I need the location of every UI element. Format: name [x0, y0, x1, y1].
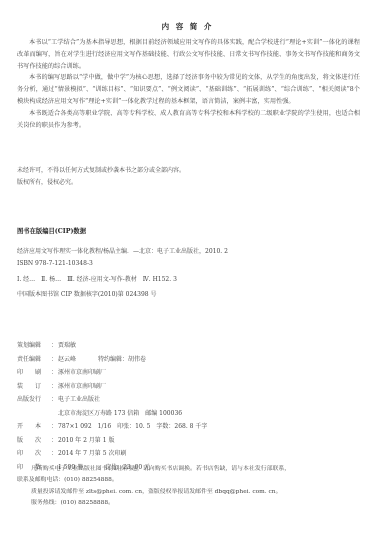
credit-responsible-editor: 责任编辑： 赵云峰 特约编辑：胡伟卷: [17, 353, 360, 367]
content-summary: 本书以“工学结合”为基本指导思想，根据目前经济领域应用文写作的具体实践，配合学校…: [17, 37, 360, 131]
notice-line: 服务热线：(010) 88258888。: [17, 498, 362, 509]
summary-paragraph: 本书既适合各类高等职业学院、高等专科学校、成人教育高等专科学校和本科学校的二级职…: [17, 108, 360, 132]
credit-impression: 印 次： 2014 年 7 月第 5 次印刷: [17, 447, 360, 461]
section-title-content-summary: 内 容 简 介: [0, 21, 375, 32]
credit-special-editor: 特约编辑：胡伟卷: [98, 353, 146, 367]
credit-publisher: 出版发行： 电子工业出版社: [17, 393, 360, 407]
credit-edition: 版 次： 2010 年 2 月第 1 版: [17, 434, 360, 448]
publication-credits: 策划编辑： 贾瑞敏 责任编辑： 赵云峰 特约编辑：胡伟卷 印 刷： 涿州市京南印…: [17, 339, 360, 474]
summary-paragraph: 本书以“工学结合”为基本指导思想，根据目前经济领域应用文写作的具体实践，配合学校…: [17, 37, 360, 72]
notice-line: 凡所购买电子工业出版社图书有缺损问题，请向购买书店调换。若书店售缺，请与本社发行…: [17, 464, 362, 475]
notice-line: 联系及邮购电话：(010) 88254888。: [17, 475, 362, 486]
cip-book-line: 经济应用文写作理实一体化教程/杨晶主编．—北京：电子工业出版社，2010. 2: [17, 246, 360, 258]
cip-isbn: ISBN 978-7-121-10348-3: [17, 258, 360, 270]
publisher-notice: 凡所购买电子工业出版社图书有缺损问题，请向购买书店调换。若书店售缺，请与本社发行…: [17, 464, 362, 509]
credit-address: 北京市海淀区万寿路 173 信箱 邮编 100036: [17, 407, 360, 421]
cip-heading: 图书在版编目(CIP)数据: [17, 226, 86, 235]
cip-data: 经济应用文写作理实一体化教程/杨晶主编．—北京：电子工业出版社，2010. 2 …: [17, 246, 360, 301]
book-copyright-page: 内 容 简 介 本书以“工学结合”为基本指导思想，根据目前经济领域应用文写作的具…: [0, 0, 375, 536]
copyright-line: 版权所有，侵权必究。: [17, 177, 360, 189]
credit-printing: 印 刷： 涿州市京南印刷厂: [17, 366, 360, 380]
summary-paragraph: 本书的编写思路以“学中做，做中学”为核心思想，选择了经济事务中较为常见的文体，从…: [17, 72, 360, 107]
cip-classification: Ⅰ. 经… Ⅱ. 杨… Ⅲ. 经济-应用文-写作-教材 Ⅳ. H152. 3: [17, 274, 360, 286]
copyright-line: 未经许可，不得以任何方式复制或抄袭本书之部分或全部内容。: [17, 165, 360, 177]
credit-planning-editor: 策划编辑： 贾瑞敏: [17, 339, 360, 353]
notice-line: 质量投诉请发邮件至 zlts@phei. com. cn，盗版侵权举报请发邮件至…: [17, 487, 362, 498]
credit-binding: 装 订： 涿州市京南印刷厂: [17, 380, 360, 394]
credit-format: 开 本： 787×1 092 1/16 印张：10. 5 字数：268. 8 千…: [17, 420, 360, 434]
cip-record: 中国版本图书馆 CIP 数据核字(2010)第 024398 号: [17, 289, 360, 301]
copyright-notice: 未经许可，不得以任何方式复制或抄袭本书之部分或全部内容。 版权所有，侵权必究。: [17, 165, 360, 188]
